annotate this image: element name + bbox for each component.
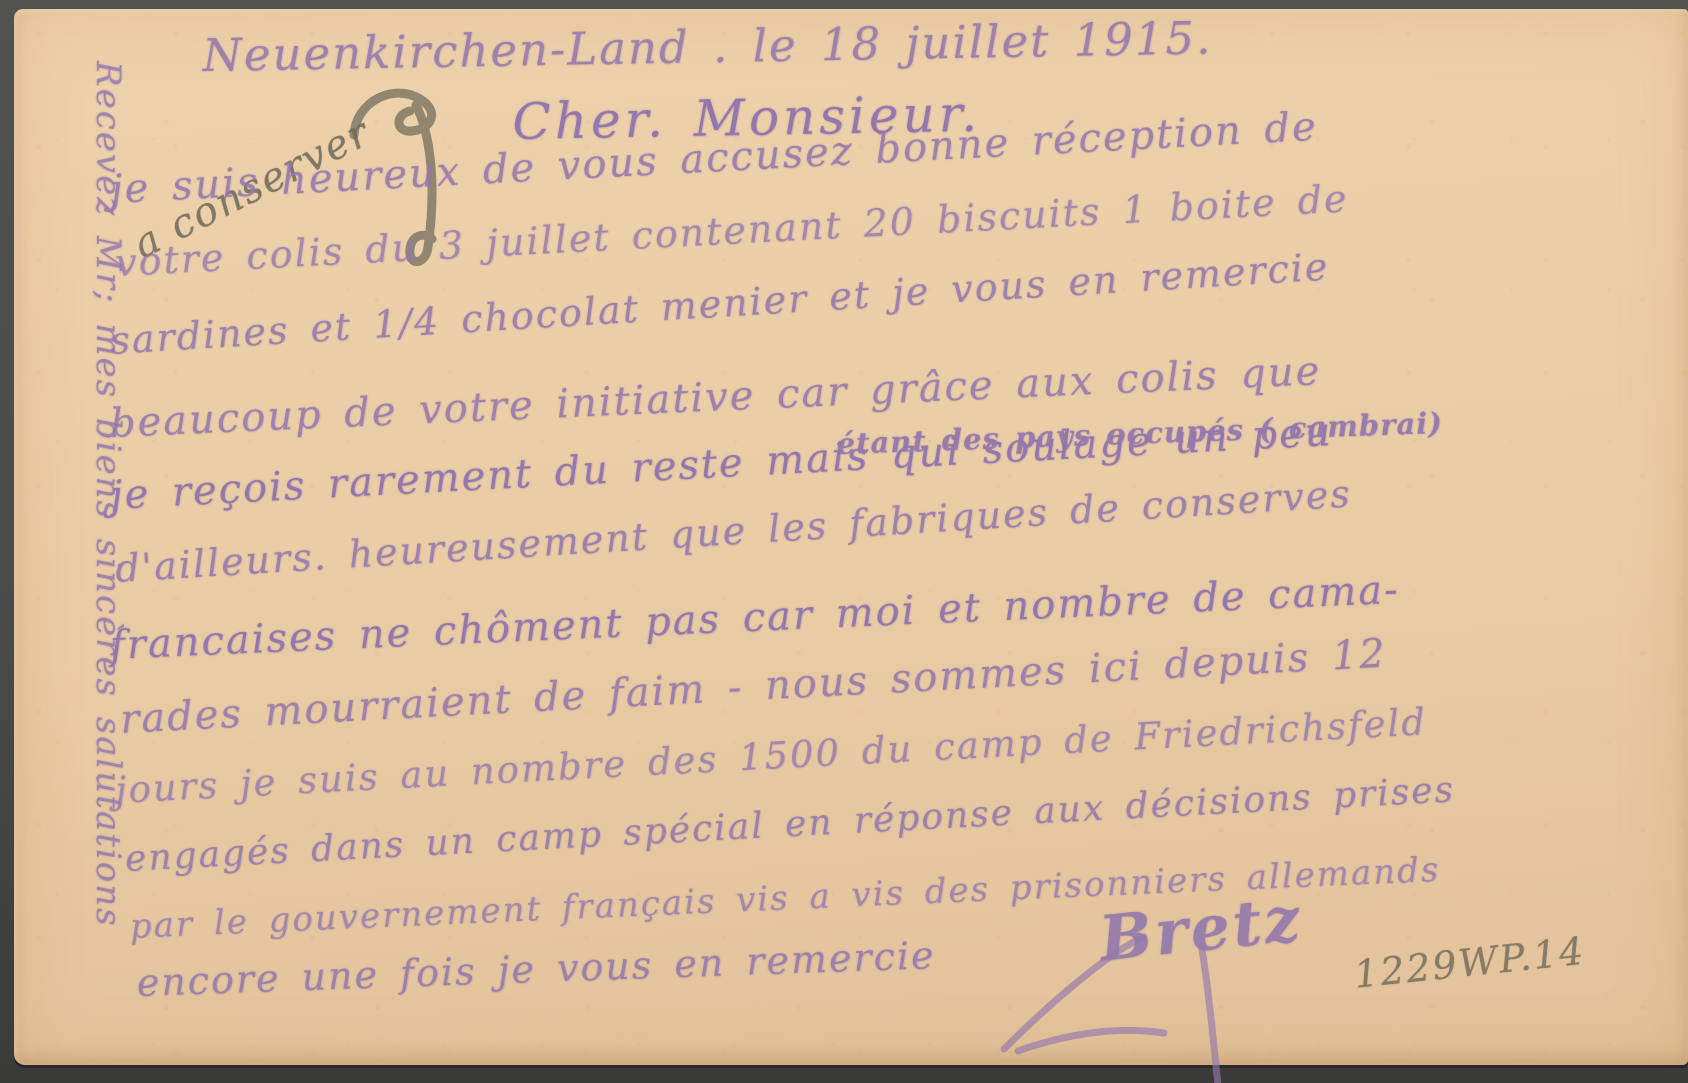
closing-line: encore une fois je vous en remercie [136,933,936,1005]
dateline: Neuenkirchen-Land . le 18 juillet 1915. [202,11,1213,82]
catalog-number: 1229WP.14 [1352,929,1587,997]
scan-backdrop: a conserver Recevez Mr; mes biens sincèr… [0,0,1688,1083]
postcard: a conserver Recevez Mr; mes biens sincèr… [14,9,1688,1065]
